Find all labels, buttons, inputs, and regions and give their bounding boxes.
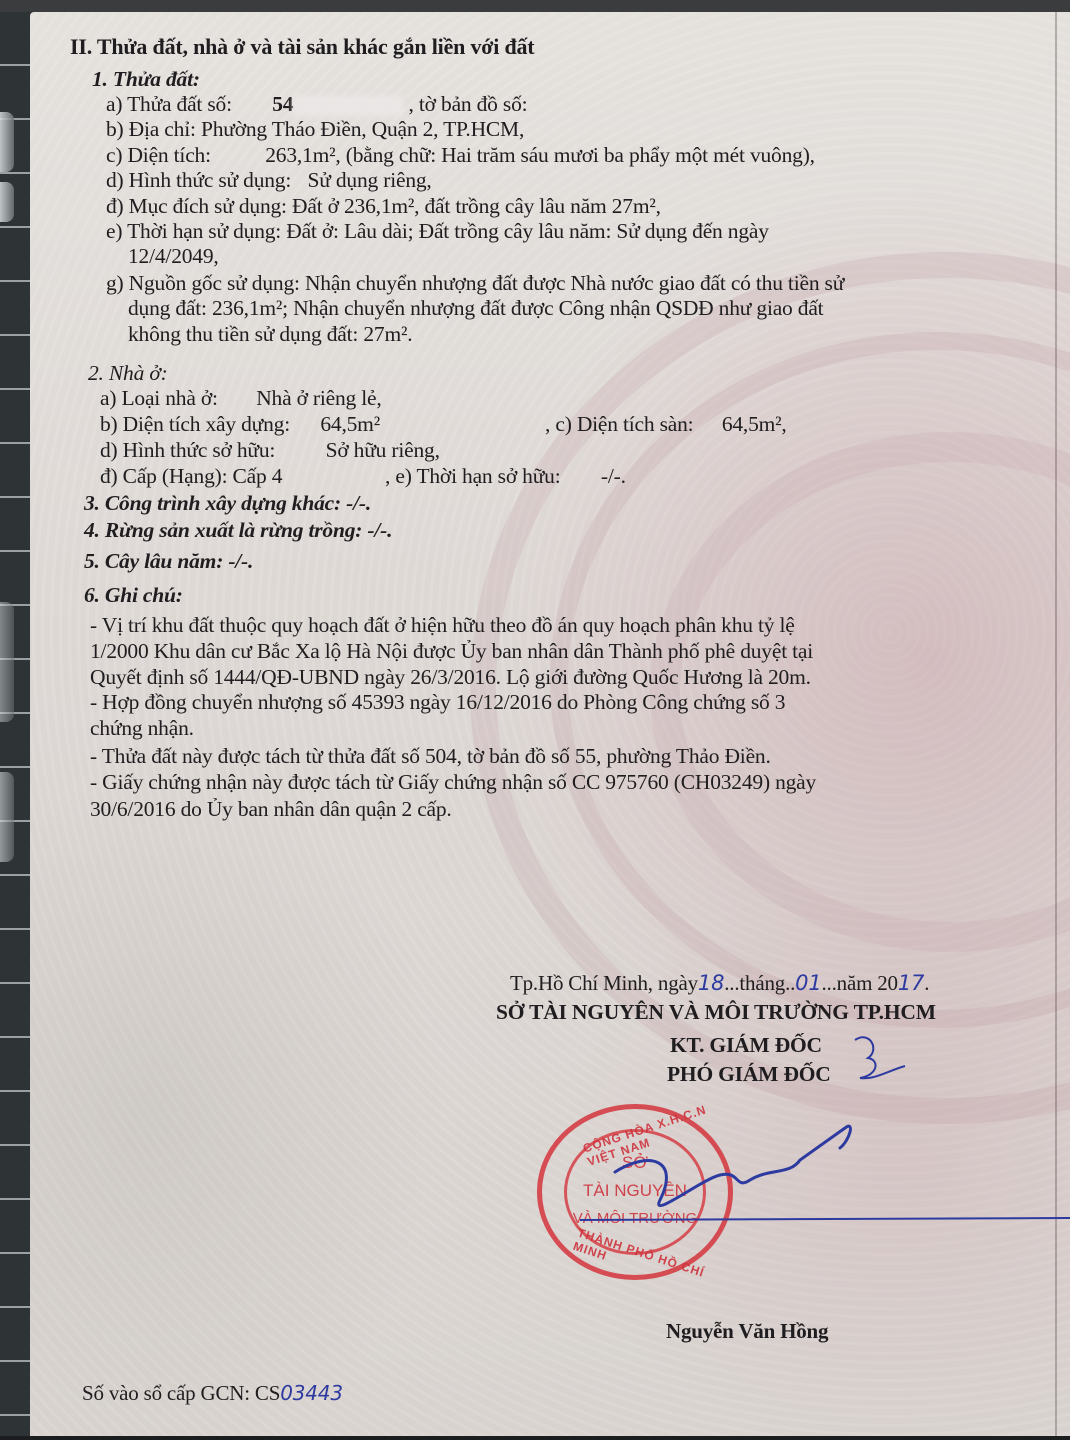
month-label: tháng: [739, 971, 785, 995]
handwritten-year: 17: [898, 971, 924, 995]
issuing-agency: SỞ TÀI NGUYÊN VÀ MÔI TRƯỜNG TP.HCM: [496, 999, 936, 1025]
photo-top-edge: [0, 0, 1070, 12]
note-line: Quyết định số 1444/QĐ-UBND ngày 26/3/201…: [90, 664, 811, 690]
land-parcel-number-label: a) Thửa đất số:: [106, 92, 232, 116]
house-ownership-term-value: -/-.: [601, 464, 626, 488]
note-line: - Thửa đất này được tách từ thửa đất số …: [90, 743, 771, 769]
notes-heading: 6. Ghi chú:: [84, 582, 183, 608]
handwritten-month: 01: [795, 971, 821, 995]
registry-label: Số vào sổ cấp GCN: CS: [82, 1381, 280, 1405]
production-forest: 4. Rừng sản xuất là rừng trồng: -/-.: [84, 517, 392, 543]
house-ownership-term: , e) Thời hạn sở hữu: -/-.: [385, 463, 626, 489]
land-use-term-date: 12/4/2049,: [128, 243, 219, 269]
land-use-purpose-value: Đất ở 236,1m², đất trồng cây lâu năm 27m…: [292, 194, 661, 218]
note-line: chứng nhận.: [90, 715, 194, 741]
note-line: 1/2000 Khu dân cư Bắc Xa lộ Hà Nội được …: [90, 638, 813, 664]
signer-role-line1: KT. GIÁM ĐỐC: [670, 1032, 822, 1058]
house-type-row: a) Loại nhà ở: Nhà ở riêng lẻ,: [100, 385, 382, 411]
land-address-label: b) Địa chỉ:: [106, 117, 196, 141]
house-heading: 2. Nhà ở:: [88, 360, 168, 386]
land-use-purpose-row: đ) Mục đích sử dụng: Đất ở 236,1m², đất …: [106, 193, 661, 219]
land-heading: 1. Thửa đất:: [92, 66, 200, 92]
house-ownership-row: d) Hình thức sở hữu: Sở hữu riêng,: [100, 437, 440, 463]
handwritten-day: 18: [698, 971, 724, 995]
house-ownership-label: d) Hình thức sở hữu:: [100, 438, 275, 462]
land-origin-line3: không thu tiền sử dụng đất: 27m².: [128, 321, 412, 347]
handwritten-registry-number: 03443: [280, 1381, 343, 1405]
section-title: II. Thửa đất, nhà ở và tài sản khác gắn …: [70, 34, 534, 60]
land-origin-row: g) Nguồn gốc sử dụng: Nhận chuyển nhượng…: [106, 270, 844, 296]
note-line: - Giấy chứng nhận này được tách từ Giấy …: [90, 769, 816, 795]
official-seal: CỘNG HÒA X.H.C.N VIỆT NAM THÀNH PHỐ HỒ C…: [537, 1104, 733, 1280]
land-use-form-value: Sử dụng riêng,: [308, 168, 432, 192]
land-use-form-row: d) Hình thức sử dụng: Sử dụng riêng,: [106, 167, 432, 193]
land-map-sheet-label: , tờ bản đồ số:: [409, 92, 528, 116]
redacted-area: [293, 96, 403, 116]
land-use-purpose-label: đ) Mục đích sử dụng:: [106, 194, 287, 218]
background-surface: [0, 12, 30, 1436]
house-construction-area-value: 64,5m²: [320, 412, 380, 436]
place-date-line: Tp.Hồ Chí Minh, ngày18...tháng..01...năm…: [510, 970, 929, 996]
land-area-label: c) Diện tích:: [106, 143, 211, 167]
land-area-value: 263,1m², (bằng chữ: Hai trăm sáu mươi ba…: [265, 143, 815, 167]
seal-line1: SỞ: [542, 1153, 728, 1173]
page-fold-line: [1055, 12, 1057, 1436]
house-grade-value: Cấp 4: [233, 464, 283, 488]
house-type-label: a) Loại nhà ở:: [100, 386, 218, 410]
land-parcel-number-value: 54: [272, 92, 293, 116]
house-ownership-value: Sở hữu riêng,: [326, 438, 440, 462]
land-area-row: c) Diện tích: 263,1m², (bằng chữ: Hai tr…: [106, 142, 815, 168]
land-origin-value: Nhận chuyển nhượng đất được Nhà nước gia…: [305, 271, 844, 295]
registry-number-row: Số vào sổ cấp GCN: CS03443: [82, 1380, 343, 1406]
house-floor-area: , c) Diện tích sàn: 64,5m²,: [545, 411, 787, 437]
house-type-value: Nhà ở riêng lẻ,: [256, 386, 381, 410]
note-line: - Hợp đồng chuyển nhượng số 45393 ngày 1…: [90, 689, 785, 715]
land-origin-label: g) Nguồn gốc sử dụng:: [106, 271, 300, 295]
house-floor-area-value: 64,5m²,: [722, 412, 787, 436]
seal-line3: VÀ MÔI TRƯỜNG: [542, 1209, 728, 1229]
house-ownership-term-label: , e) Thời hạn sở hữu:: [385, 464, 561, 488]
house-floor-area-label: , c) Diện tích sàn:: [545, 412, 693, 436]
house-construction-area-label: b) Diện tích xây dựng:: [100, 412, 290, 436]
land-use-term-row: e) Thời hạn sử dụng: Đất ở: Lâu dài; Đất…: [106, 218, 769, 244]
note-line: 30/6/2016 do Ủy ban nhân dân quận 2 cấp.: [90, 796, 452, 822]
land-use-term-value: Đất ở: Lâu dài; Đất trồng cây lâu năm: S…: [286, 219, 769, 243]
perennial-trees: 5. Cây lâu năm: -/-.: [84, 548, 253, 574]
other-construction: 3. Công trình xây dựng khác: -/-.: [84, 490, 371, 516]
house-area-row: b) Diện tích xây dựng: 64,5m²: [100, 411, 380, 437]
land-origin-line2: dụng đất: 236,1m²; Nhận chuyển nhượng đấ…: [128, 295, 823, 321]
land-use-term-label: e) Thời hạn sử dụng:: [106, 219, 281, 243]
place-label: Tp.Hồ Chí Minh, ngày: [510, 971, 698, 995]
land-parcel-number-row: a) Thửa đất số: 54 , tờ bản đồ số:: [106, 91, 527, 117]
land-address-value: Phường Tháo Điền, Quận 2, TP.HCM,: [201, 117, 524, 141]
land-use-form-label: d) Hình thức sử dụng:: [106, 168, 291, 192]
signer-role-line2: PHÓ GIÁM ĐỐC: [667, 1061, 831, 1087]
photo-bottom-edge: [0, 1436, 1070, 1440]
seal-line2: TÀI NGUYÊN: [542, 1181, 728, 1201]
house-grade-row: đ) Cấp (Hạng): Cấp 4: [100, 463, 282, 489]
note-line: - Vị trí khu đất thuộc quy hoạch đất ở h…: [90, 612, 795, 638]
land-address-row: b) Địa chỉ: Phường Tháo Điền, Quận 2, TP…: [106, 116, 524, 142]
year-label: năm 20: [837, 971, 898, 995]
house-grade-label: đ) Cấp (Hạng):: [100, 464, 227, 488]
signer-name: Nguyễn Văn Hồng: [666, 1318, 828, 1344]
